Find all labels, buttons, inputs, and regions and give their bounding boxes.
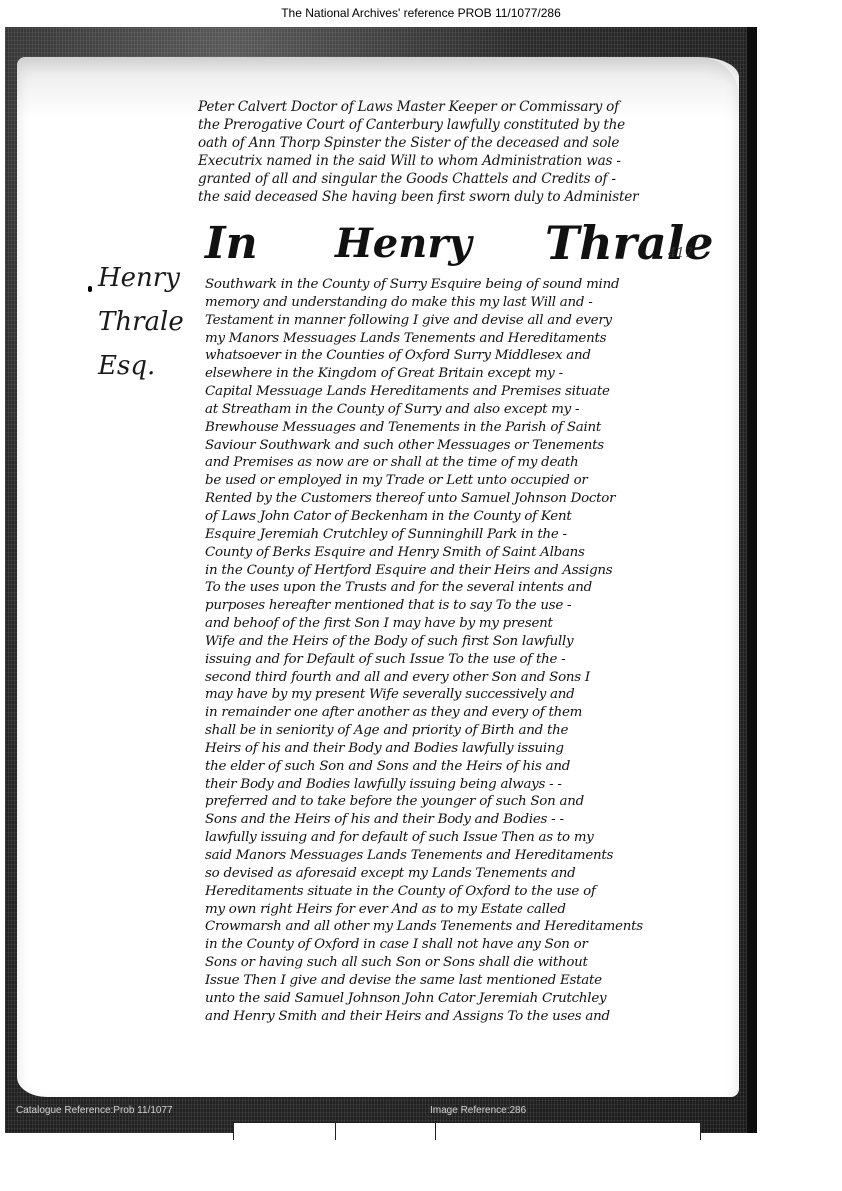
will-line: in the County of Oxford in case I shall …: [205, 936, 711, 954]
will-line: at Streatham in the County of Surry and …: [205, 401, 711, 419]
margin-dot-mark: [88, 286, 92, 292]
will-line: second third fourth and all and every ot…: [205, 669, 711, 687]
will-line: Sons and the Heirs of his and their Body…: [205, 811, 711, 829]
archive-reference-header: The National Archives' reference PROB 11…: [0, 6, 842, 20]
margin-note-line: Henry: [98, 256, 198, 300]
margin-note-line: Thrale: [98, 300, 198, 344]
will-line: County of Berks Esquire and Henry Smith …: [205, 544, 711, 562]
will-line: my own right Heirs for ever And as to my…: [205, 901, 711, 919]
will-line: of Laws John Cator of Beckenham in the C…: [205, 508, 711, 526]
will-line: in the County of Hertford Esquire and th…: [205, 562, 711, 580]
will-line: Southwark in the County of Surry Esquire…: [205, 276, 711, 294]
will-line: memory and understanding do make this my…: [205, 294, 711, 312]
probate-line: oath of Ann Thorp Spinster the Sister of…: [198, 135, 698, 153]
heading-first-name: Henry: [335, 220, 472, 267]
probate-line: Executrix named in the said Will to whom…: [198, 153, 698, 171]
page-margin-bottom: [0, 1140, 842, 1191]
image-reference-label: Image Reference:286: [430, 1105, 526, 1116]
will-line: in remainder one after another as they a…: [205, 704, 711, 722]
archive-label-card: [233, 1122, 701, 1141]
will-line: Saviour Southwark and such other Messuag…: [205, 437, 711, 455]
will-line: issuing and for Default of such Issue To…: [205, 651, 711, 669]
heading-surname: Thrale: [545, 216, 713, 270]
will-line: Rented by the Customers thereof unto Sam…: [205, 490, 711, 508]
will-line: Crowmarsh and all other my Lands Tenemen…: [205, 918, 711, 936]
will-line: whatsoever in the Counties of Oxford Sur…: [205, 347, 711, 365]
label-card-cell: [234, 1123, 336, 1141]
probate-line: the Prerogative Court of Canterbury lawf…: [198, 117, 698, 135]
will-line: may have by my present Wife severally su…: [205, 686, 711, 704]
folio-number: 417: [668, 246, 693, 261]
will-line: Capital Messuage Lands Hereditaments and…: [205, 383, 711, 401]
probate-line: granted of all and singular the Goods Ch…: [198, 171, 698, 189]
will-line: my Manors Messuages Lands Tenements and …: [205, 330, 711, 348]
will-line: their Body and Bodies lawfully issuing b…: [205, 776, 711, 794]
will-line: Testament in manner following I give and…: [205, 312, 711, 330]
label-card-cell: [335, 1123, 436, 1141]
will-line: To the uses upon the Trusts and for the …: [205, 579, 711, 597]
will-line: unto the said Samuel Johnson John Cator …: [205, 990, 711, 1008]
margin-note-line: Esq.: [98, 344, 198, 388]
will-body-text: Southwark in the County of Surry Esquire…: [205, 276, 711, 1025]
will-line: the elder of such Son and Sons and the H…: [205, 758, 711, 776]
probate-line: Peter Calvert Doctor of Laws Master Keep…: [198, 99, 698, 117]
will-line: purposes hereafter mentioned that is to …: [205, 597, 711, 615]
will-line: shall be in seniority of Age and priorit…: [205, 722, 711, 740]
will-line: Brewhouse Messuages and Tenements in the…: [205, 419, 711, 437]
will-line: be used or employed in my Trade or Lett …: [205, 472, 711, 490]
will-heading: In Henry Thrale: [205, 216, 685, 276]
will-line: said Manors Messuages Lands Tenements an…: [205, 847, 711, 865]
will-line: elsewhere in the Kingdom of Great Britai…: [205, 365, 711, 383]
will-line: and Henry Smith and their Heirs and Assi…: [205, 1008, 711, 1026]
heading-opening-word: In: [205, 218, 258, 269]
will-line: Esquire Jeremiah Crutchley of Sunninghil…: [205, 526, 711, 544]
margin-note: Henry Thrale Esq.: [98, 256, 198, 388]
will-line: Wife and the Heirs of the Body of such f…: [205, 633, 711, 651]
will-line: Issue Then I give and devise the same la…: [205, 972, 711, 990]
will-line: Heirs of his and their Body and Bodies l…: [205, 740, 711, 758]
will-line: Hereditaments situate in the County of O…: [205, 883, 711, 901]
will-line: and behoof of the first Son I may have b…: [205, 615, 711, 633]
probate-clause: Peter Calvert Doctor of Laws Master Keep…: [198, 99, 698, 206]
scan-edge-shadow: [747, 27, 757, 1133]
will-line: and Premises as now are or shall at the …: [205, 454, 711, 472]
catalogue-reference-label: Catalogue Reference:Prob 11/1077: [16, 1105, 173, 1116]
probate-line: the said deceased She having been first …: [198, 189, 698, 207]
will-line: lawfully issuing and for default of such…: [205, 829, 711, 847]
will-line: so devised as aforesaid except my Lands …: [205, 865, 711, 883]
will-line: Sons or having such all such Son or Sons…: [205, 954, 711, 972]
will-line: preferred and to take before the younger…: [205, 793, 711, 811]
